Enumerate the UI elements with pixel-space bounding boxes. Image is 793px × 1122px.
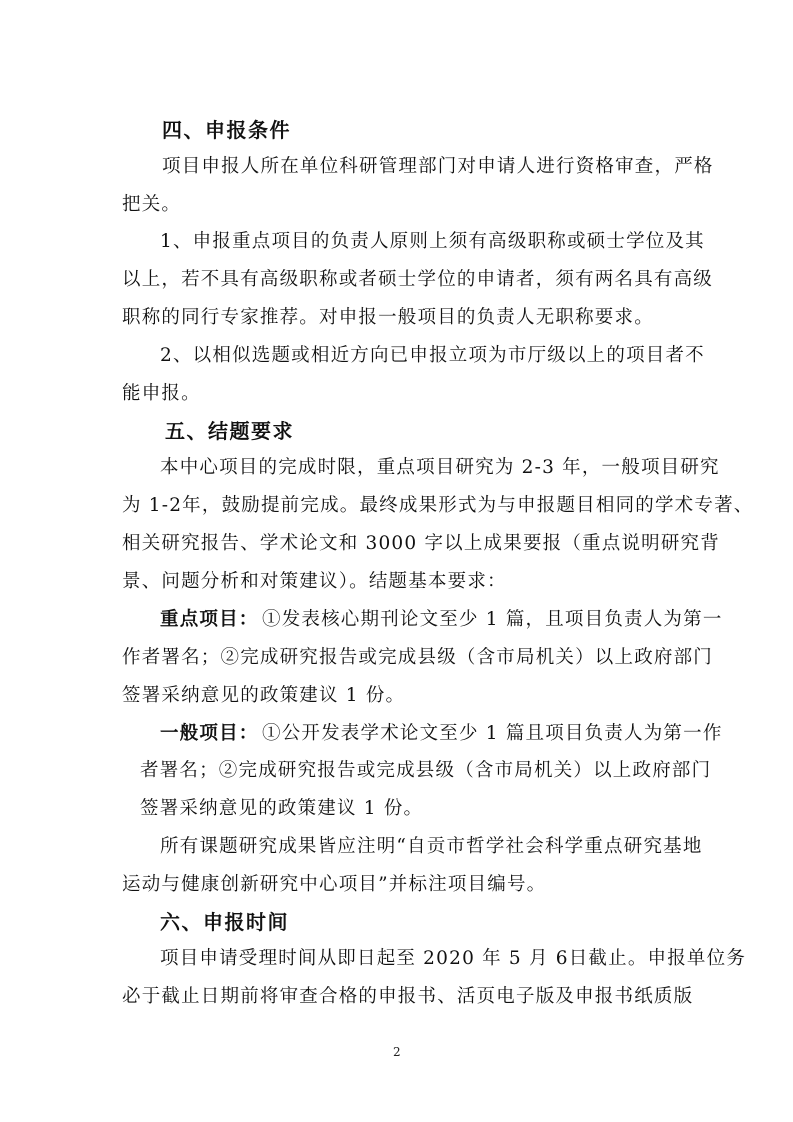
text-line: 必于截止日期前将审查合格的申报书、活页电子版及申报书纸质版 bbox=[122, 985, 693, 1009]
text-line: 签署采纳意见的政策建议 1 份。 bbox=[122, 684, 405, 708]
text-line: 作者署名；②完成研究报告或完成县级（含市局机关）以上政府部门 bbox=[122, 646, 713, 670]
section-heading: 六、申报时间 bbox=[160, 910, 289, 934]
text-line: 以上，若不具有高级职称或者硕士学位的申请者，须有两名具有高级 bbox=[122, 268, 713, 292]
text-line: 为 1-2年，鼓励提前完成。最终成果形式为与申报题目相同的学术专著、 bbox=[122, 494, 753, 518]
text-line: 1、申报重点项目的负责人原则上须有高级职称或硕士学位及其 bbox=[160, 230, 705, 254]
bold-label: 重点项目： bbox=[160, 608, 259, 632]
page-number: 2 bbox=[393, 1045, 401, 1059]
text-line: 职称的同行专家推荐。对申报一般项目的负责人无职称要求。 bbox=[122, 306, 654, 330]
text-line: ①公开发表学术论文至少 1 篇且项目负责人为第一作 bbox=[262, 722, 723, 746]
document-page: 四、申报条件项目申报人所在单位科研管理部门对申请人进行资格审查，严格把关。1、申… bbox=[0, 0, 793, 1122]
text-line: 者署名；②完成研究报告或完成县级（含市局机关）以上政府部门 bbox=[140, 759, 711, 783]
text-line: 所有课题研究成果皆应注明“自贡市哲学社会科学重点研究基地 bbox=[160, 835, 703, 859]
section-heading: 五、结题要求 bbox=[165, 419, 294, 443]
text-line: 相关研究报告、学术论文和 3000 字以上成果要报（重点说明研究背 bbox=[122, 532, 720, 556]
text-line: 项目申报人所在单位科研管理部门对申请人进行资格审查，严格 bbox=[162, 155, 714, 179]
text-line: 景、问题分析和对策建议）。结题基本要求： bbox=[122, 570, 507, 594]
text-line: ①发表核心期刊论文至少 1 篇，且项目负责人为第一 bbox=[262, 608, 723, 632]
bold-label: 一般项目： bbox=[160, 722, 259, 746]
text-line: 签署采纳意见的政策建议 1 份。 bbox=[140, 797, 423, 821]
text-line: 能申报。 bbox=[122, 382, 201, 406]
text-line: 项目申请受理时间从即日起至 2020 年 5 月 6日截止。申报单位务 bbox=[160, 947, 746, 971]
text-line: 运动与健康创新研究中心项目”并标注项目编号。 bbox=[122, 873, 546, 897]
section-heading: 四、申报条件 bbox=[162, 118, 291, 142]
text-line: 2、以相似选题或相近方向已申报立项为市厅级以上的项目者不 bbox=[160, 344, 705, 368]
text-line: 把关。 bbox=[122, 193, 181, 217]
text-line: 本中心项目的完成时限，重点项目研究为 2-3 年，一般项目研究 bbox=[160, 456, 720, 480]
